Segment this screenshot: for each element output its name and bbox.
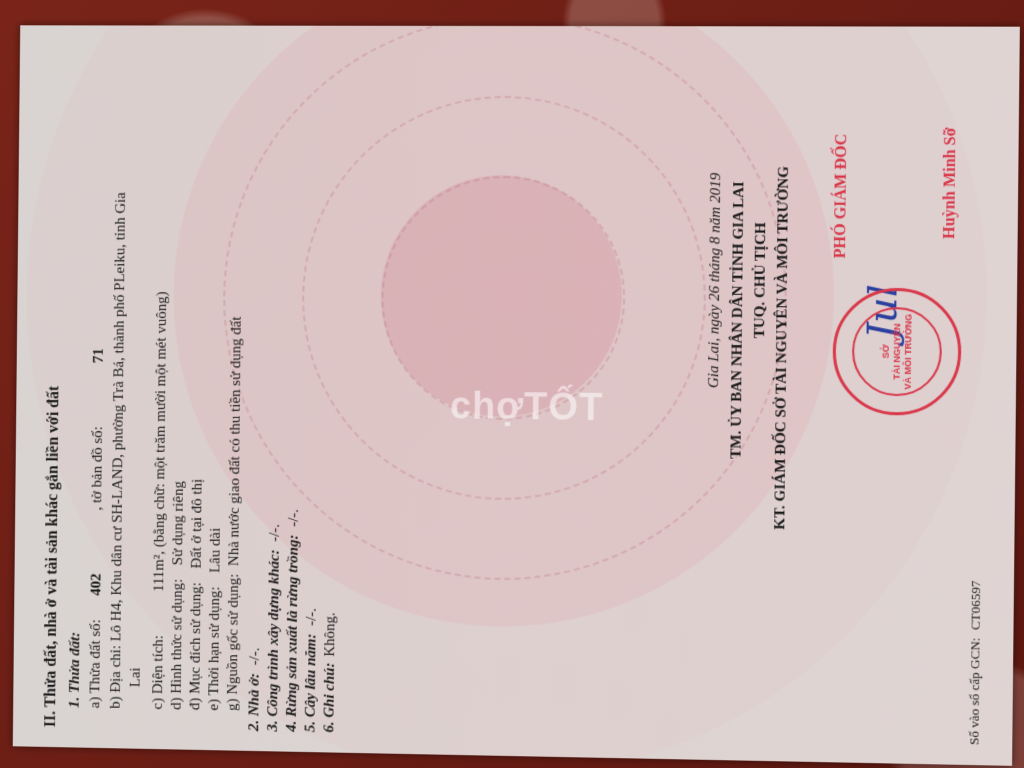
on-behalf: TUQ. CHỦ TỊCH xyxy=(752,222,770,338)
purpose-row: đ) Mục đích sử dụng: Đất ở tại đô thị xyxy=(187,479,206,711)
notes-label: 6. Ghi chú: xyxy=(321,662,338,732)
plantation-value: -/-. xyxy=(286,509,302,527)
authority: TM. ỦY BAN NHÂN DÂN TỈNH GIA LAI xyxy=(728,181,748,459)
certificate-page: chợTỐT II. Thửa đất, nhà ở và tài sản kh… xyxy=(13,25,1020,766)
purpose-value: Đất ở tại đô thị xyxy=(189,479,206,569)
place-date: Gia Lai, ngày 26 tháng 8 năm 2019 xyxy=(706,173,725,388)
origin-row: g) Nguồn gốc sử dụng: Nhà nước giao đất … xyxy=(225,316,246,711)
plantation-label: 4. Rừng sản xuất là rừng trồng: xyxy=(284,534,302,732)
registry-row: Số vào sổ cấp GCN: CT06597 xyxy=(966,580,984,745)
stamp-line-3: VÀ MÔI TRƯỜNG xyxy=(902,314,914,390)
perennial-label: 5. Cây lâu năm: xyxy=(303,633,320,732)
stamp-line-2: TÀI NGUYÊN xyxy=(891,324,903,380)
address-row: b) Địa chỉ: Lô H4, Khu dân cư SH-LAND, p… xyxy=(108,192,130,709)
house-label: 2. Nhà ở: xyxy=(246,673,262,731)
stamp-line-1: SỞ xyxy=(880,345,891,359)
area-row: c) Diện tích: 111m², (bằng chữ: một trăm… xyxy=(150,291,171,709)
notes-value: Không. xyxy=(322,612,338,657)
other-construction-row: 3. Công trình xây dựng khác: -/-. xyxy=(265,524,284,732)
term-value: Lâu dài xyxy=(208,528,224,573)
certificate-content: II. Thửa đất, nhà ở và tài sản khác gắn … xyxy=(13,25,1020,766)
other-construction-label: 3. Công trình xây dựng khác: xyxy=(265,549,283,731)
plantation-row: 4. Rừng sản xuất là rừng trồng: -/-. xyxy=(284,509,303,732)
perennial-row: 5. Cây lâu năm: -/-. xyxy=(303,608,321,733)
address-label: b) Địa chỉ: xyxy=(108,645,124,709)
house-row: 2. Nhà ở: -/-. xyxy=(246,647,264,731)
perennial-value: -/-. xyxy=(304,608,320,626)
usage-form-label: d) Hình thức sử dụng: xyxy=(169,579,186,710)
registry-value: CT06597 xyxy=(967,580,983,630)
origin-label: g) Nguồn gốc sử dụng: xyxy=(225,574,242,711)
address-value: Lô H4, Khu dân cư SH-LAND, phường Trà Bá… xyxy=(109,192,129,641)
parcel-heading: 1. Thửa đất: xyxy=(67,632,84,708)
other-construction-value: -/-. xyxy=(267,524,283,542)
map-sheet-label: , tờ bản đồ số: xyxy=(89,426,106,510)
notes-row: 6. Ghi chú: Không. xyxy=(321,612,339,733)
director-title: KT. GIÁM ĐỐC SỞ TÀI NGUYÊN VÀ MÔI TRƯỜNG xyxy=(772,166,793,530)
section-title: II. Thửa đất, nhà ở và tài sản khác gắn … xyxy=(42,386,63,728)
area-value: 111m², (bằng chữ: một trăm mười một mét … xyxy=(151,291,170,591)
address-cont: Lai xyxy=(128,667,145,687)
usage-form-row: d) Hình thức sử dụng: Sử dụng riêng xyxy=(169,481,188,710)
map-sheet-number: 71 xyxy=(91,348,107,363)
parcel-number: 402 xyxy=(89,573,105,596)
area-label: c) Diện tích: xyxy=(150,635,166,710)
purpose-label: đ) Mục đích sử dụng: xyxy=(187,582,204,710)
origin-value: Nhà nước giao đất có thu tiền sử dụng đấ… xyxy=(226,316,244,566)
term-row: e) Thời hạn sử dụng: Lâu dài xyxy=(206,528,225,711)
parcel-number-label: a) Thửa đất số: xyxy=(87,619,104,708)
signer-name: Huỳnh Minh Sỡ xyxy=(941,127,961,239)
deputy-title: PHÓ GIÁM ĐỐC xyxy=(832,134,852,259)
term-label: e) Thời hạn sử dụng: xyxy=(206,586,223,710)
parcel-number-row: a) Thửa đất số: 402 , tờ bản đồ số: 71 xyxy=(87,348,107,708)
registry-label: Số vào sổ cấp GCN: xyxy=(966,637,982,745)
official-stamp: SỞ TÀI NGUYÊN VÀ MÔI TRƯỜNG xyxy=(832,288,962,416)
usage-form-value: Sử dụng riêng xyxy=(170,481,187,565)
house-value: -/-. xyxy=(247,647,263,665)
